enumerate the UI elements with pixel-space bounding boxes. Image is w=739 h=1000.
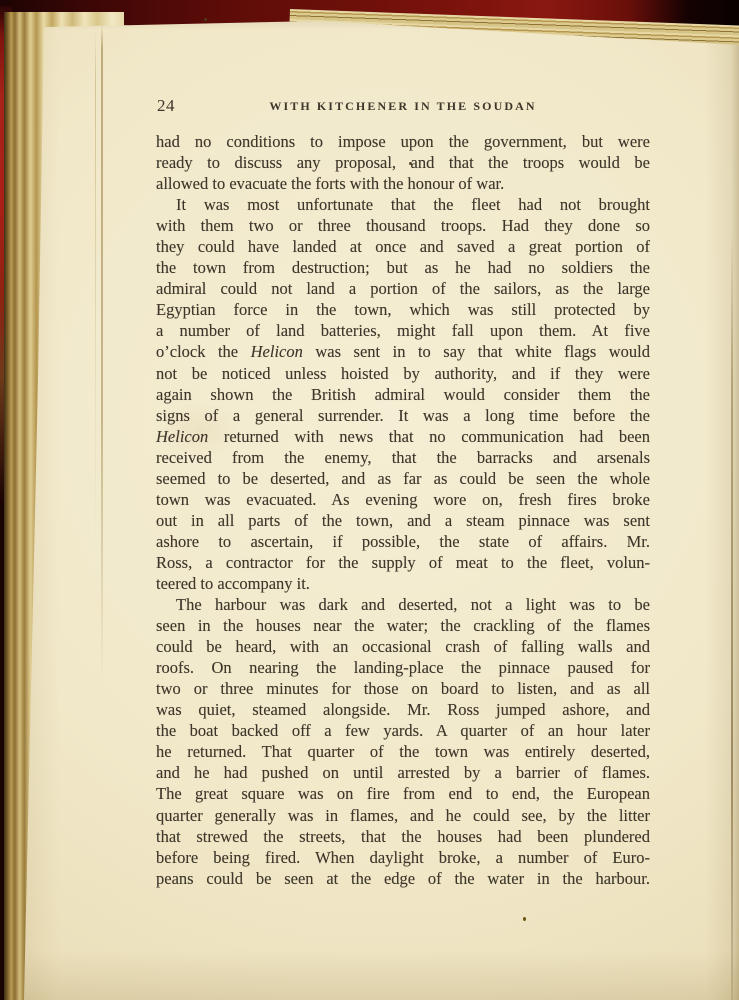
text-line: signs of a general surrender. It was a l… (156, 405, 650, 426)
text-segment: signs of a general surrender. It was a l… (156, 406, 650, 425)
text-segment: allowed to evacuate the forts with the h… (156, 174, 504, 193)
text-segment: The great square was on fire from end to… (156, 784, 650, 803)
text-segment: o’clock the (156, 342, 251, 361)
text-segment: out in all parts of the town, and a stea… (156, 511, 650, 530)
text-segment: peans could be seen at the edge of the w… (156, 869, 650, 888)
page-header: 24 WITH KITCHENER IN THE SOUDAN (156, 96, 650, 118)
text-line: It was most unfortunate that the fleet h… (156, 194, 650, 215)
text-segment: town was evacuated. As evening wore on, … (156, 490, 650, 509)
text-segment: they could have landed at once and saved… (156, 237, 650, 256)
text-segment: the boat backed off a few yards. A quart… (156, 721, 650, 740)
text-line: with them two or three thousand troops. … (156, 215, 650, 236)
text-segment: seen in the houses near the water; the c… (156, 616, 650, 635)
ink-speck (204, 18, 207, 21)
text-line: two or three minutes for those on board … (156, 678, 650, 699)
text-line: had no conditions to impose upon the gov… (156, 131, 650, 152)
text-line: Ross, a contractor for the supply of mea… (156, 552, 650, 573)
text-line: The harbour was dark and deserted, not a… (156, 594, 650, 615)
italic-text: Helicon (156, 427, 208, 446)
text-line: again shown the British admiral would co… (156, 384, 650, 405)
page-right-edge-line (731, 230, 733, 1000)
page-edge-line (101, 24, 103, 684)
text-line: admiral could not land a portion of the … (156, 278, 650, 299)
text-segment: was sent in to say that white flags woul… (303, 342, 650, 361)
text-segment: a number of land batteries, might fall u… (156, 321, 650, 340)
text-segment: with them two or three thousand troops. … (156, 216, 650, 235)
text-line: roofs. On nearing the landing-place the … (156, 657, 650, 678)
text-line: the boat backed off a few yards. A quart… (156, 720, 650, 741)
text-segment: was quiet, steamed alongside. Mr. Ross j… (156, 700, 650, 719)
text-line: peans could be seen at the edge of the w… (156, 868, 650, 889)
text-line: and he had pushed on until arrested by a… (156, 762, 650, 783)
ink-speck (523, 917, 526, 921)
text-segment: It was most unfortunate that the fleet h… (176, 195, 650, 214)
text-segment: returned with news that no communication… (208, 427, 650, 446)
text-line: Egyptian force in the town, which was st… (156, 299, 650, 320)
text-segment: admiral could not land a portion of the … (156, 279, 650, 298)
text-line: o’clock the Helicon was sent in to say t… (156, 341, 650, 362)
text-line: teered to accompany it. (156, 573, 650, 594)
text-line: not be noticed unless hoisted by authori… (156, 363, 650, 384)
text-segment: two or three minutes for those on board … (156, 679, 650, 698)
text-line: before being fired. When daylight broke,… (156, 847, 650, 868)
text-segment: ready to discuss any proposal, and that … (156, 153, 650, 172)
text-line: quarter generally was in flames, and he … (156, 805, 650, 826)
text-line: town was evacuated. As evening wore on, … (156, 489, 650, 510)
text-segment: could be heard, with an occasional crash… (156, 637, 650, 656)
text-line: was quiet, steamed alongside. Mr. Ross j… (156, 699, 650, 720)
text-segment: not be noticed unless hoisted by authori… (156, 364, 650, 383)
text-line: could be heard, with an occasional crash… (156, 636, 650, 657)
text-segment: ashore to ascertain, if possible, the st… (156, 532, 650, 551)
text-line: they could have landed at once and saved… (156, 236, 650, 257)
text-line: seen in the houses near the water; the c… (156, 615, 650, 636)
text-segment: received from the enemy, that the barrac… (156, 448, 650, 467)
text-segment: The harbour was dark and deserted, not a… (176, 595, 650, 614)
text-segment: the town from destruction; but as he had… (156, 258, 650, 277)
page-edge-line-faint (95, 30, 96, 550)
book-photo: 24 WITH KITCHENER IN THE SOUDAN had no c… (0, 0, 739, 1000)
text-segment: again shown the British admiral would co… (156, 385, 650, 404)
text-segment: that strewed the streets, that the house… (156, 827, 650, 846)
running-title: WITH KITCHENER IN THE SOUDAN (269, 99, 536, 114)
text-segment: teered to accompany it. (156, 574, 310, 593)
text-segment: Egyptian force in the town, which was st… (156, 300, 650, 319)
text-segment: Ross, a contractor for the supply of mea… (156, 553, 650, 572)
page-number: 24 (157, 96, 175, 116)
text-segment: before being fired. When daylight broke,… (156, 848, 650, 867)
text-segment: he returned. That quarter of the town wa… (156, 742, 650, 761)
page-text: had no conditions to impose upon the gov… (156, 131, 650, 889)
text-line: that strewed the streets, that the house… (156, 826, 650, 847)
text-line: a number of land batteries, might fall u… (156, 320, 650, 341)
text-line: received from the enemy, that the barrac… (156, 447, 650, 468)
text-segment: had no conditions to impose upon the gov… (156, 132, 650, 151)
text-line: out in all parts of the town, and a stea… (156, 510, 650, 531)
text-segment: seemed to be deserted, and as far as cou… (156, 469, 650, 488)
text-line: ready to discuss any proposal, and that … (156, 152, 650, 173)
text-line: The great square was on fire from end to… (156, 783, 650, 804)
text-line: the town from destruction; but as he had… (156, 257, 650, 278)
text-segment: quarter generally was in flames, and he … (156, 806, 650, 825)
text-segment: roofs. On nearing the landing-place the … (156, 658, 650, 677)
text-line: ashore to ascertain, if possible, the st… (156, 531, 650, 552)
text-line: Helicon returned with news that no commu… (156, 426, 650, 447)
text-line: seemed to be deserted, and as far as cou… (156, 468, 650, 489)
italic-text: Helicon (251, 342, 303, 361)
text-line: he returned. That quarter of the town wa… (156, 741, 650, 762)
text-segment: and he had pushed on until arrested by a… (156, 763, 650, 782)
text-line: allowed to evacuate the forts with the h… (156, 173, 650, 194)
